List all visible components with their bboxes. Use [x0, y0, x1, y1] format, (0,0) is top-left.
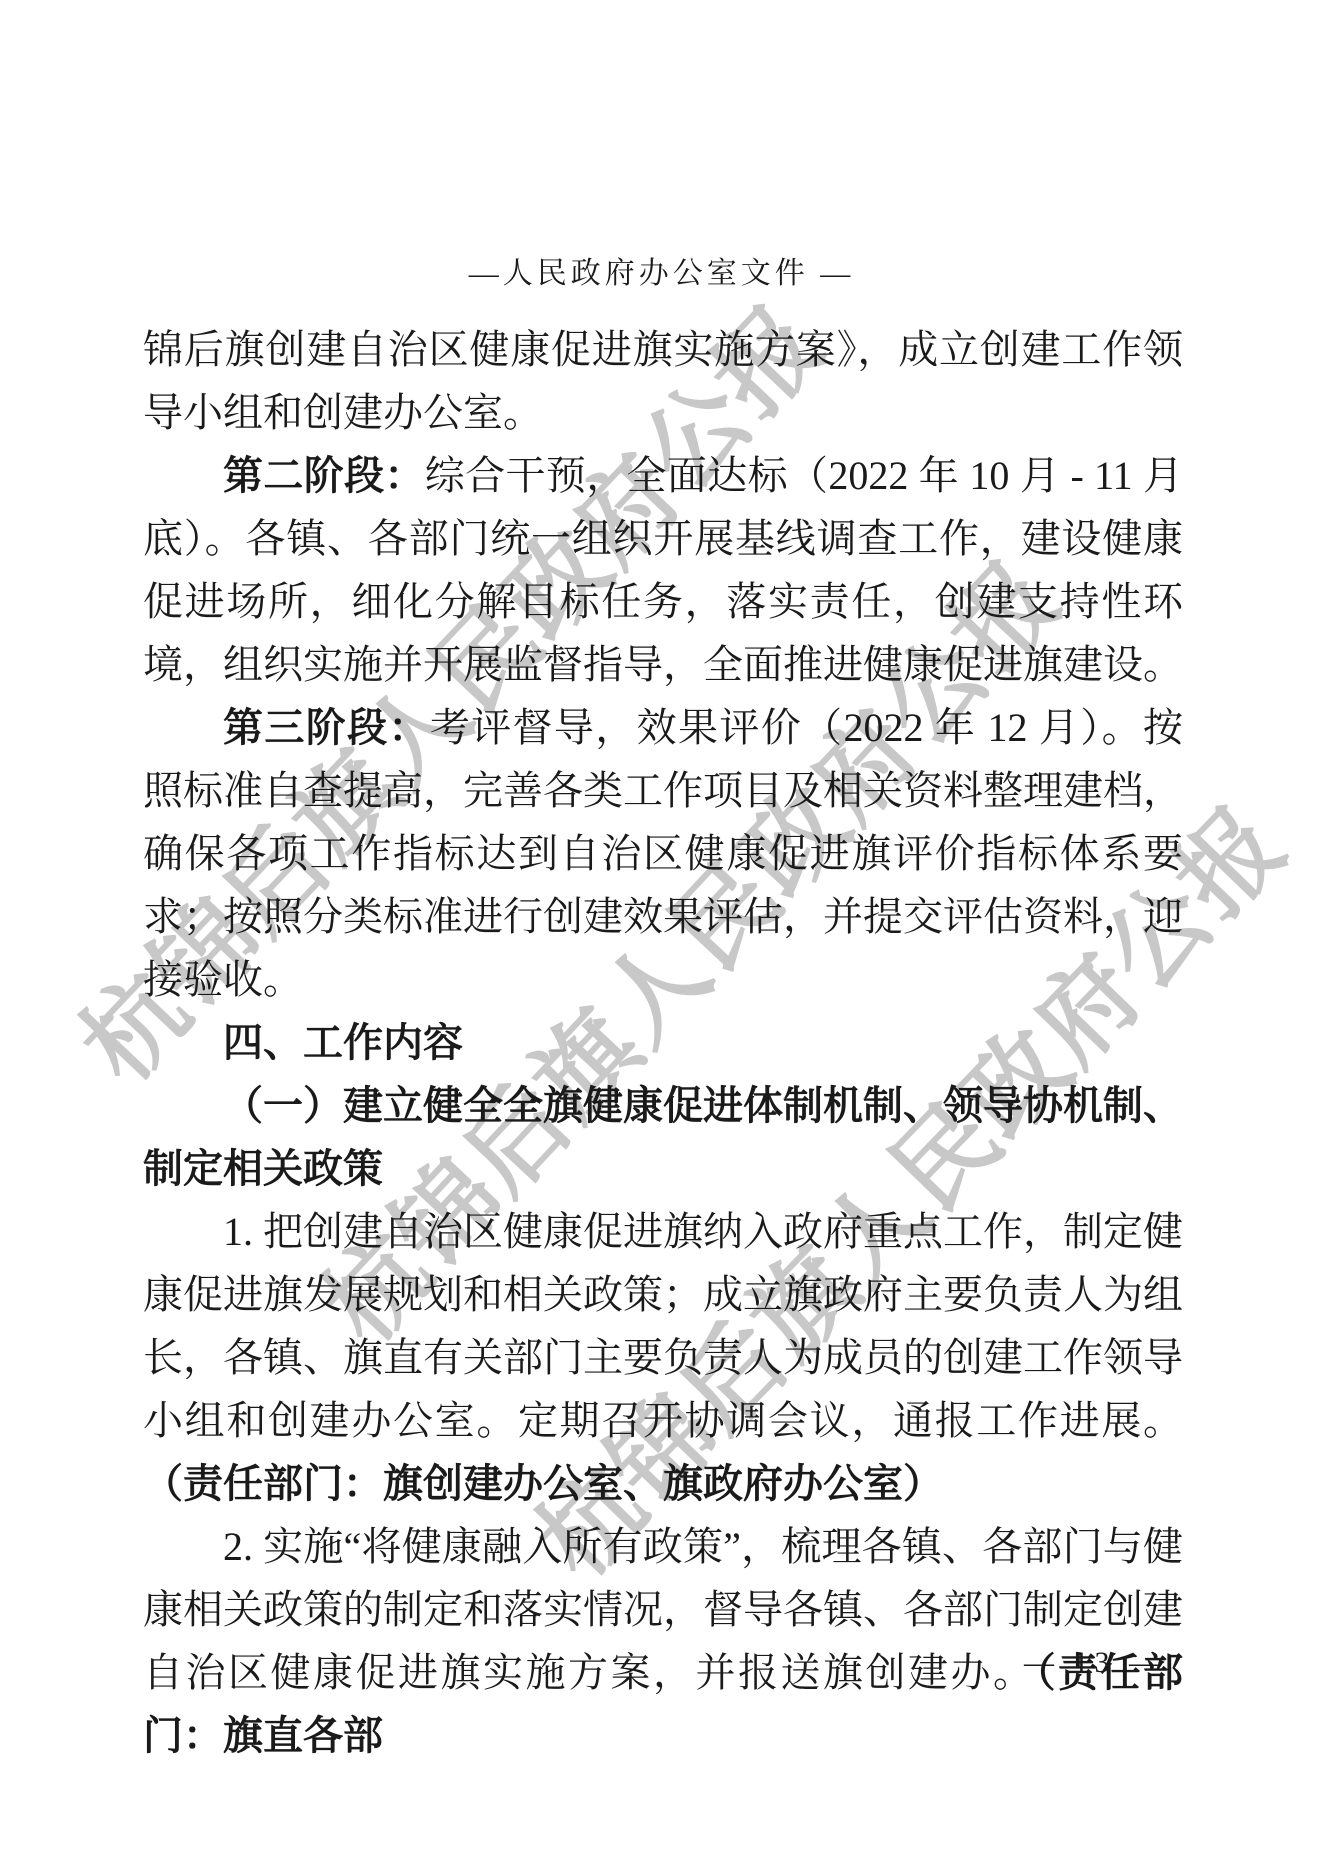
emphasis-run: （一）建立健全全旗健康促进体制机制、领导协机制、制定相关政策	[143, 1083, 1183, 1191]
page-number: — 13 —	[1024, 1646, 1165, 1680]
emphasis-run: 第三阶段：	[223, 705, 430, 750]
document-body: 锦后旗创建自治区健康促进旗实施方案》，成立创建工作领导小组和创建办公室。第二阶段…	[143, 318, 1183, 1767]
emphasis-run: 第二阶段：	[223, 453, 425, 498]
paragraph: 第三阶段：考评督导，效果评价（2022 年 12 月）。按照标准自查提高，完善各…	[143, 696, 1183, 1011]
paragraph: 锦后旗创建自治区健康促进旗实施方案》，成立创建工作领导小组和创建办公室。	[143, 318, 1183, 444]
text-run: 锦后旗创建自治区健康促进旗实施方案》，成立创建工作领导小组和创建办公室。	[143, 327, 1183, 435]
paragraph: 2. 实施“将健康融入所有政策”，梳理各镇、各部门与健康相关政策的制定和落实情况…	[143, 1515, 1183, 1767]
emphasis-run: 四、工作内容	[223, 1020, 463, 1065]
document-header: —人民政府办公室文件 —	[0, 256, 1323, 292]
paragraph: 1. 把创建自治区健康促进旗纳入政府重点工作，制定健康促进旗发展规划和相关政策；…	[143, 1200, 1183, 1515]
section-heading: 四、工作内容	[143, 1011, 1183, 1074]
document-page: 杭锦后旗人民政府公报 杭锦后旗人民政府公报 杭锦后旗人民政府公报 —人民政府办公…	[0, 0, 1323, 1871]
paragraph: 第二阶段：综合干预，全面达标（2022 年 10 月 - 11 月底）。各镇、各…	[143, 444, 1183, 696]
emphasis-run: （责任部门：旗创建办公室、旗政府办公室）	[143, 1461, 943, 1506]
text-run: 1. 把创建自治区健康促进旗纳入政府重点工作，制定健康促进旗发展规划和相关政策；…	[143, 1209, 1183, 1443]
section-heading: （一）建立健全全旗健康促进体制机制、领导协机制、制定相关政策	[143, 1074, 1183, 1200]
